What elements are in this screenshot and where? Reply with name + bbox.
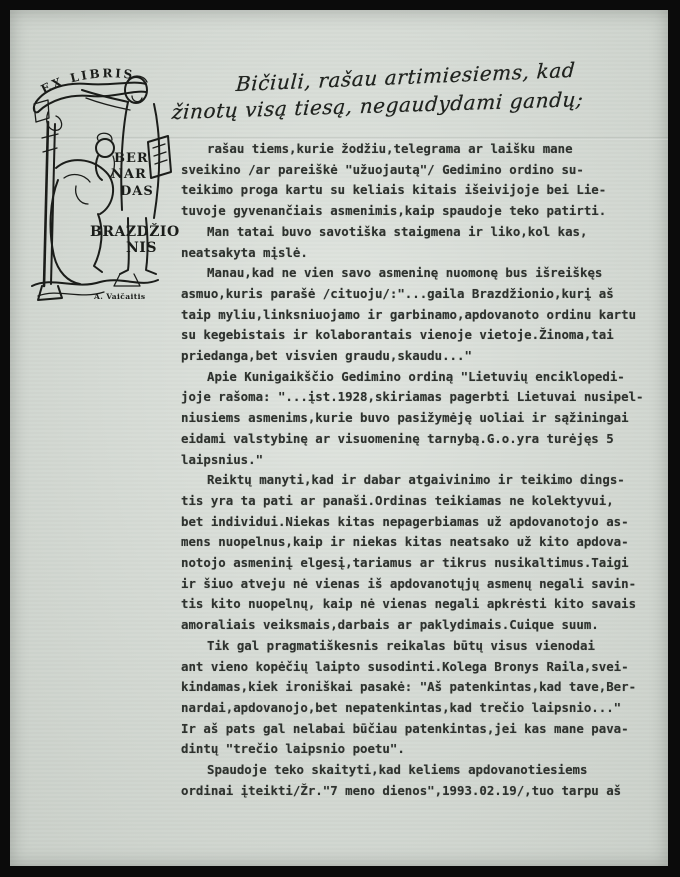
letter-body: rašau tiems,kurie žodžiu,telegrama ar la… <box>181 139 657 802</box>
typed-paragraph-2: Man tatai buvo savotiška staigmena ir li… <box>181 222 657 263</box>
exlibris-illustration: EX LIBRIS <box>28 60 196 310</box>
artist-signature: A. Vaičaitis <box>93 292 146 301</box>
exlibris-name-ber: BER <box>114 151 149 166</box>
exlibris-name-das: DAS <box>120 184 154 199</box>
typed-paragraph-5: Reiktų manyti,kad ir dabar atgaivinimo i… <box>181 470 657 636</box>
typed-paragraph-4: Apie Kunigaikščio Gedimino ordiną "Lietu… <box>181 367 657 471</box>
exlibris-surname-line1: BRAZDŽIO <box>90 222 180 240</box>
typed-paragraph-6: Tik gal pragmatiškesnis reikalas būtų vi… <box>181 636 657 760</box>
exlibris-name-nar: NAR <box>111 167 147 182</box>
scanned-letter-page: EX LIBRIS <box>0 0 680 877</box>
typed-paragraph-1: rašau tiems,kurie žodžiu,telegrama ar la… <box>181 139 657 222</box>
typed-paragraph-7: Spaudoje teko skaityti,kad keliems apdov… <box>181 760 657 801</box>
typed-paragraph-3: Manau,kad ne vien savo asmeninę nuomonę … <box>181 263 657 367</box>
exlibris-surname-line2: NIS <box>126 240 157 256</box>
